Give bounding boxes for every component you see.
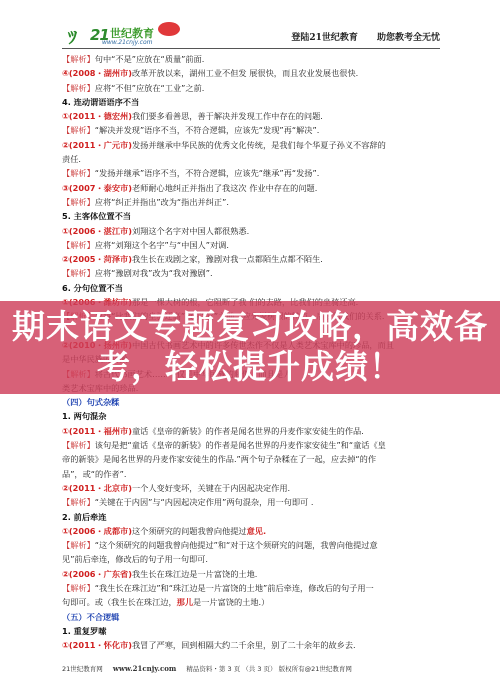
- banner-title: 期末语文专题复习攻略，高效备考，轻松提升成绩！: [0, 301, 500, 387]
- subsection-heading: （四）句式杂糅: [62, 395, 440, 409]
- text-line: 帝的新装》是闻名世界的丹麦作家安徒生的作品.”两个句子杂糅在了一起，应去掉“的作: [62, 452, 440, 466]
- analysis-tag: 【解析】: [62, 497, 95, 507]
- line-text: 句中“不是”应放在“质量”前面.: [95, 54, 205, 64]
- example-source: ③(2007・泰安市): [62, 183, 132, 193]
- analysis-tag: 【解析】: [62, 54, 95, 64]
- line-text: 品”，或“的作者”.: [62, 469, 126, 479]
- line-text: 帝的新装》是闻名世界的丹麦作家安徒生的作品.”两个句子杂糅在了一起，应去掉“的作: [62, 454, 376, 464]
- line-text: 见”前后牵连，修改后的句子用一句即可.: [62, 554, 208, 564]
- example-item: ①(2011・德宏州)我们要多看善思，善于解决并发现工作中存在的问题.: [62, 109, 440, 123]
- analysis-item: 【解析】应将“刘翔这个名字”与“中国人”对调.: [62, 238, 440, 252]
- flower-logo-icon: [158, 22, 180, 36]
- line-text: 句即可。或（我生长在珠江边，: [62, 597, 177, 607]
- line-text: 童话《皇帝的新装》的作者是闻名世界的丹麦作家安徒生的作品.: [132, 426, 364, 436]
- example-source: ②(2011・北京市): [62, 483, 132, 493]
- section-heading: 2. 前后牵连: [62, 510, 440, 524]
- example-source: ②(2011・广元市): [62, 140, 132, 150]
- line-text: 老师耐心地纠正并指出了我这次 作业中存在的问题.: [132, 183, 317, 193]
- analysis-tag: 【解析】: [62, 125, 95, 135]
- example-item: ①(2011・怀化市)我冒了严寒，回到相隔大约二千余里，别了二十余年的故乡去.: [62, 638, 440, 652]
- analysis-item: 【解析】“我生长在珠江边”和“珠江边是一片富饶的土地”前后牵连，修改后的句子用一: [62, 581, 440, 595]
- highlight-text: 意见.: [247, 526, 267, 536]
- example-item: ③(2007・泰安市)老师耐心地纠正并指出了我这次 作业中存在的问题.: [62, 181, 440, 195]
- example-item: ②(2005・菏泽市)我生长在戏剧之家，豫剧对我一点都陌生点都不陌生.: [62, 252, 440, 266]
- example-source: ②(2005・菏泽市): [62, 254, 132, 264]
- example-source: ①(2011・福州市): [62, 426, 132, 436]
- section-heading: 5. 主客体位置不当: [62, 209, 440, 223]
- line-text: 我冒了严寒，回到相隔大约二千余里，别了二十余年的故乡去.: [132, 640, 356, 650]
- example-item: ②(2011・北京市)一个人变好变坏，关键在于内因起决定作用.: [62, 481, 440, 495]
- analysis-item: 【解析】“发扬并继承”语序不当，不符合逻辑，应该先“继承”再“发扬”.: [62, 166, 440, 180]
- analysis-tag: 【解析】: [62, 540, 95, 550]
- heading-text: 1. 重复罗嗦: [62, 626, 106, 636]
- section-heading: 1. 重复罗嗦: [62, 624, 440, 638]
- site-logo[interactable]: ﾂ 21 世纪教育 www.21cnjy.com: [68, 22, 188, 48]
- example-item: ①(2006・成都市)这个须研究的问题我曾向他提过意见.: [62, 524, 440, 538]
- highlight-text: 那儿: [177, 597, 193, 607]
- line-text: 责任.: [62, 154, 81, 164]
- subsection-heading: （五）不合逻辑: [62, 610, 440, 624]
- footer-info: 精品资料・第 3 页 （共 3 页） 版权所有@21世纪教育网: [186, 665, 351, 673]
- page-footer: 21世纪教育网 www.21cnjy.com 精品资料・第 3 页 （共 3 页…: [62, 664, 352, 673]
- header-slogan: 登陆21世纪教育 助您教考全无忧: [275, 30, 440, 43]
- analysis-item: 【解析】该句是把“童话《皇帝的新装》的作者是闻名世界的丹麦作家安徒生”和“童话《…: [62, 438, 440, 452]
- text-line: 责任.: [62, 152, 440, 166]
- slogan-1: 登陆21世纪教育: [291, 33, 358, 43]
- analysis-tag: 【解析】: [62, 83, 95, 93]
- line-text: “我生长在珠江边”和“珠江边是一片富饶的土地”前后牵连，修改后的句子用一: [95, 583, 374, 593]
- example-source: ①(2011・怀化市): [62, 640, 132, 650]
- line-text: 该句是把“童话《皇帝的新装》的作者是闻名世界的丹麦作家安徒生”和“童话《皇: [95, 440, 386, 450]
- line-text: “关键在于内因”与“内因起决定作用”两句混杂，用一句即可 .: [95, 497, 314, 507]
- example-source: ①(2006・湛江市): [62, 226, 132, 236]
- line-text: 我生长在戏剧之家，豫剧对我一点都陌生点都不陌生.: [132, 254, 323, 264]
- line-text: 一个人变好变坏，关键在于内因起决定作用.: [132, 483, 290, 493]
- heading-text: 5. 主客体位置不当: [62, 211, 131, 221]
- line-text: 我生长在珠江边是一片富饶的土地.: [132, 569, 257, 579]
- section-heading: 1. 两句混杂: [62, 409, 440, 423]
- analysis-tag: 【解析】: [62, 240, 95, 250]
- analysis-item: 【解析】应将“豫剧对我”改为“我对豫剧”.: [62, 266, 440, 280]
- logo-url: www.21cnjy.com: [102, 39, 152, 46]
- section-heading: 6. 分句位置不当: [62, 281, 440, 295]
- text-line: 见”前后牵连，修改后的句子用一句即可.: [62, 552, 440, 566]
- example-source: ④(2008・湖州市): [62, 68, 132, 78]
- runner-logo-icon: ﾂ: [68, 24, 77, 50]
- title-banner-overlay: 期末语文专题复习攻略，高效备考，轻松提升成绩！: [0, 301, 500, 394]
- analysis-tag: 【解析】: [62, 168, 95, 178]
- line-text: 应将“纠正并指出”改为“指出并纠正”.: [95, 197, 229, 207]
- line-text: 发扬并继承中华民族的优秀文化传统，是我们每个华夏子孙义不容辞的: [132, 140, 386, 150]
- heading-text: 1. 两句混杂: [62, 411, 106, 421]
- example-item: ①(2006・湛江市)刘翔这个名字对中国人都很熟悉.: [62, 224, 440, 238]
- heading-text: 6. 分句位置不当: [62, 283, 123, 293]
- slogan-2: 助您教考全无忧: [377, 33, 440, 43]
- line-text: 应将“豫剧对我”改为“我对豫剧”.: [95, 268, 213, 278]
- analysis-item: 【解析】“解决并发现”语序不当，不符合逻辑，应该先“发现”再“解决”.: [62, 123, 440, 137]
- line-text: “解决并发现”语序不当，不符合逻辑，应该先“发现”再“解决”.: [95, 125, 320, 135]
- example-source: ②(2006・广东省): [62, 569, 132, 579]
- line-text: 我们要多看善思，善于解决并发现工作中存在的问题.: [132, 111, 323, 121]
- analysis-item: 【解析】句中“不是”应放在“质量”前面.: [62, 52, 440, 66]
- text-line: 句即可。或（我生长在珠江边，那儿是一片富饶的土地.）: [62, 595, 440, 609]
- line-text: “发扬并继承”语序不当，不符合逻辑，应该先“继承”再“发扬”.: [95, 168, 320, 178]
- line-text: “这个须研究的问题我曾向他提过”和“对于这个须研究的问题，我曾向他提过意: [95, 540, 378, 550]
- analysis-tag: 【解析】: [62, 268, 95, 278]
- analysis-item: 【解析】“这个须研究的问题我曾向他提过”和“对于这个须研究的问题，我曾向他提过意: [62, 538, 440, 552]
- line-text: 这个须研究的问题我曾向他提过: [132, 526, 247, 536]
- example-item: ②(2006・广东省)我生长在珠江边是一片富饶的土地.: [62, 567, 440, 581]
- analysis-tag: 【解析】: [62, 440, 95, 450]
- footer-site: 21世纪教育网: [62, 665, 103, 673]
- example-item: ①(2011・福州市)童话《皇帝的新装》的作者是闻名世界的丹麦作家安徒生的作品.: [62, 424, 440, 438]
- section-heading: 4. 连动谓语语序不当: [62, 95, 440, 109]
- analysis-tag: 【解析】: [62, 583, 95, 593]
- heading-text: 2. 前后牵连: [62, 512, 106, 522]
- line-text: 改革开放以来，湖州工业不但发 展很快，而且农业发展也很快.: [132, 68, 358, 78]
- example-source: ①(2011・德宏州): [62, 111, 132, 121]
- line-text: 应将“不但”应放在“工业”之前.: [95, 83, 205, 93]
- text-line: 品”，或“的作者”.: [62, 467, 440, 481]
- line-text: 应将“刘翔这个名字”与“中国人”对调.: [95, 240, 229, 250]
- subheading-text: （五）不合逻辑: [62, 612, 119, 622]
- analysis-item: 【解析】应将“纠正并指出”改为“指出并纠正”.: [62, 195, 440, 209]
- example-item: ②(2011・广元市)发扬并继承中华民族的优秀文化传统，是我们每个华夏子孙义不容…: [62, 138, 440, 152]
- analysis-item: 【解析】“关键在于内因”与“内因起决定作用”两句混杂，用一句即可 .: [62, 495, 440, 509]
- page-header: ﾂ 21 世纪教育 www.21cnjy.com 登陆21世纪教育 助您教考全无…: [62, 22, 440, 49]
- example-item: ④(2008・湖州市)改革开放以来，湖州工业不但发 展很快，而且农业发展也很快.: [62, 66, 440, 80]
- line-text: 刘翔这个名字对中国人都很熟悉.: [132, 226, 249, 236]
- example-source: ①(2006・成都市): [62, 526, 132, 536]
- footer-url[interactable]: www.21cnjy.com: [113, 664, 176, 673]
- analysis-item: 【解析】应将“不但”应放在“工业”之前.: [62, 81, 440, 95]
- subheading-text: （四）句式杂糅: [62, 397, 119, 407]
- analysis-tag: 【解析】: [62, 197, 95, 207]
- line-text-after: 是一片富饶的土地.）: [193, 597, 269, 607]
- heading-text: 4. 连动谓语语序不当: [62, 97, 139, 107]
